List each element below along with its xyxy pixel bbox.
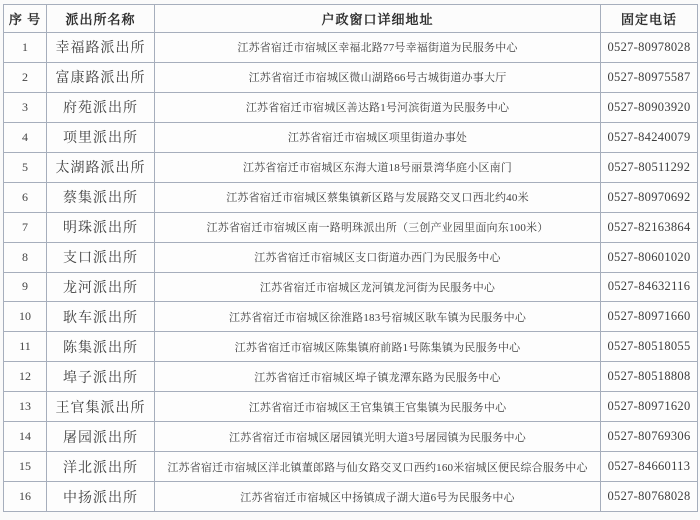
cell-phone: 0527-80518055 — [601, 332, 698, 362]
table-row: 10耿车派出所江苏省宿迁市宿城区徐淮路183号宿城区耿车镇为民服务中心0527-… — [4, 302, 698, 332]
cell-serial-number: 3 — [4, 92, 47, 122]
cell-serial-number: 12 — [4, 362, 47, 392]
cell-serial-number: 4 — [4, 122, 47, 152]
cell-serial-number: 9 — [4, 272, 47, 302]
cell-phone: 0527-84660113 — [601, 452, 698, 482]
cell-address: 江苏省宿迁市宿城区屠园镇光明大道3号屠园镇为民服务中心 — [155, 422, 601, 452]
cell-phone: 0527-80518808 — [601, 362, 698, 392]
cell-phone: 0527-80970692 — [601, 182, 698, 212]
cell-address: 江苏省宿迁市宿城区陈集镇府前路1号陈集镇为民服务中心 — [155, 332, 601, 362]
cell-address: 江苏省宿迁市宿城区洋北镇董郎路与仙女路交叉口西约160米宿城区便民综合服务中心 — [155, 452, 601, 482]
table-header-row: 序 号派出所名称户政窗口详细地址固定电话 — [4, 5, 698, 33]
cell-phone: 0527-80903920 — [601, 92, 698, 122]
cell-address: 江苏省宿迁市宿城区支口街道办西门为民服务中心 — [155, 242, 601, 272]
table-row: 16中扬派出所江苏省宿迁市宿城区中扬镇成子湖大道6号为民服务中心0527-807… — [4, 482, 698, 512]
cell-serial-number: 6 — [4, 182, 47, 212]
cell-station-name: 富康路派出所 — [47, 62, 155, 92]
table-row: 5太湖路派出所江苏省宿迁市宿城区东海大道18号丽景湾华庭小区南门0527-805… — [4, 152, 698, 182]
cell-phone: 0527-80769306 — [601, 422, 698, 452]
cell-station-name: 王官集派出所 — [47, 392, 155, 422]
address-header: 户政窗口详细地址 — [155, 5, 601, 33]
cell-phone: 0527-84632116 — [601, 272, 698, 302]
cell-address: 江苏省宿迁市宿城区南一路明珠派出所（三创产业园里面向东100米） — [155, 212, 601, 242]
cell-station-name: 屠园派出所 — [47, 422, 155, 452]
table-row: 7明珠派出所江苏省宿迁市宿城区南一路明珠派出所（三创产业园里面向东100米）05… — [4, 212, 698, 242]
cell-address: 江苏省宿迁市宿城区东海大道18号丽景湾华庭小区南门 — [155, 152, 601, 182]
cell-station-name: 太湖路派出所 — [47, 152, 155, 182]
table-row: 1幸福路派出所江苏省宿迁市宿城区幸福北路77号幸福街道为民服务中心0527-80… — [4, 33, 698, 63]
cell-serial-number: 10 — [4, 302, 47, 332]
cell-station-name: 耿车派出所 — [47, 302, 155, 332]
cell-address: 江苏省宿迁市宿城区中扬镇成子湖大道6号为民服务中心 — [155, 482, 601, 512]
cell-serial-number: 8 — [4, 242, 47, 272]
cell-station-name: 蔡集派出所 — [47, 182, 155, 212]
cell-station-name: 陈集派出所 — [47, 332, 155, 362]
document-page: 序 号派出所名称户政窗口详细地址固定电话 1幸福路派出所江苏省宿迁市宿城区幸福北… — [0, 0, 700, 520]
cell-phone: 0527-80511292 — [601, 152, 698, 182]
cell-address: 江苏省宿迁市宿城区龙河镇龙河街为民服务中心 — [155, 272, 601, 302]
table-row: 12埠子派出所江苏省宿迁市宿城区埠子镇龙潭东路为民服务中心0527-805188… — [4, 362, 698, 392]
cell-phone: 0527-84240079 — [601, 122, 698, 152]
cell-address: 江苏省宿迁市宿城区微山湖路66号古城街道办事大厅 — [155, 62, 601, 92]
cell-address: 江苏省宿迁市宿城区王官集镇王官集镇为民服务中心 — [155, 392, 601, 422]
cell-serial-number: 5 — [4, 152, 47, 182]
cell-phone: 0527-80971620 — [601, 392, 698, 422]
table-row: 13王官集派出所江苏省宿迁市宿城区王官集镇王官集镇为民服务中心0527-8097… — [4, 392, 698, 422]
table-row: 3府苑派出所江苏省宿迁市宿城区善达路1号河滨街道为民服务中心0527-80903… — [4, 92, 698, 122]
cell-serial-number: 11 — [4, 332, 47, 362]
cell-address: 江苏省宿迁市宿城区项里街道办事处 — [155, 122, 601, 152]
table-row: 8支口派出所江苏省宿迁市宿城区支口街道办西门为民服务中心0527-8060102… — [4, 242, 698, 272]
cell-station-name: 幸福路派出所 — [47, 33, 155, 63]
cell-station-name: 中扬派出所 — [47, 482, 155, 512]
cell-address: 江苏省宿迁市宿城区善达路1号河滨街道为民服务中心 — [155, 92, 601, 122]
cell-phone: 0527-80971660 — [601, 302, 698, 332]
cell-address: 江苏省宿迁市宿城区幸福北路77号幸福街道为民服务中心 — [155, 33, 601, 63]
table-row: 14屠园派出所江苏省宿迁市宿城区屠园镇光明大道3号屠园镇为民服务中心0527-8… — [4, 422, 698, 452]
table-row: 6蔡集派出所江苏省宿迁市宿城区蔡集镇新区路与发展路交叉口西北约40米0527-8… — [4, 182, 698, 212]
household-registration-window-table: 序 号派出所名称户政窗口详细地址固定电话 1幸福路派出所江苏省宿迁市宿城区幸福北… — [3, 4, 698, 512]
table-body: 1幸福路派出所江苏省宿迁市宿城区幸福北路77号幸福街道为民服务中心0527-80… — [4, 33, 698, 512]
cell-serial-number: 14 — [4, 422, 47, 452]
phone-header: 固定电话 — [601, 5, 698, 33]
cell-station-name: 项里派出所 — [47, 122, 155, 152]
cell-station-name: 明珠派出所 — [47, 212, 155, 242]
table-row: 4项里派出所江苏省宿迁市宿城区项里街道办事处0527-84240079 — [4, 122, 698, 152]
cell-phone: 0527-82163864 — [601, 212, 698, 242]
cell-address: 江苏省宿迁市宿城区蔡集镇新区路与发展路交叉口西北约40米 — [155, 182, 601, 212]
table-row: 2富康路派出所江苏省宿迁市宿城区微山湖路66号古城街道办事大厅0527-8097… — [4, 62, 698, 92]
table-row: 11陈集派出所江苏省宿迁市宿城区陈集镇府前路1号陈集镇为民服务中心0527-80… — [4, 332, 698, 362]
cell-serial-number: 7 — [4, 212, 47, 242]
serial-number-header: 序 号 — [4, 5, 47, 33]
cell-serial-number: 1 — [4, 33, 47, 63]
station-name-header: 派出所名称 — [47, 5, 155, 33]
cell-serial-number: 13 — [4, 392, 47, 422]
cell-phone: 0527-80601020 — [601, 242, 698, 272]
cell-station-name: 支口派出所 — [47, 242, 155, 272]
cell-serial-number: 2 — [4, 62, 47, 92]
cell-station-name: 洋北派出所 — [47, 452, 155, 482]
cell-phone: 0527-80978028 — [601, 33, 698, 63]
cell-phone: 0527-80768028 — [601, 482, 698, 512]
cell-serial-number: 15 — [4, 452, 47, 482]
cell-station-name: 埠子派出所 — [47, 362, 155, 392]
cell-station-name: 府苑派出所 — [47, 92, 155, 122]
cell-address: 江苏省宿迁市宿城区埠子镇龙潭东路为民服务中心 — [155, 362, 601, 392]
table-row: 9龙河派出所江苏省宿迁市宿城区龙河镇龙河街为民服务中心0527-84632116 — [4, 272, 698, 302]
cell-phone: 0527-80975587 — [601, 62, 698, 92]
cell-address: 江苏省宿迁市宿城区徐淮路183号宿城区耿车镇为民服务中心 — [155, 302, 601, 332]
table-row: 15洋北派出所江苏省宿迁市宿城区洋北镇董郎路与仙女路交叉口西约160米宿城区便民… — [4, 452, 698, 482]
cell-station-name: 龙河派出所 — [47, 272, 155, 302]
cell-serial-number: 16 — [4, 482, 47, 512]
